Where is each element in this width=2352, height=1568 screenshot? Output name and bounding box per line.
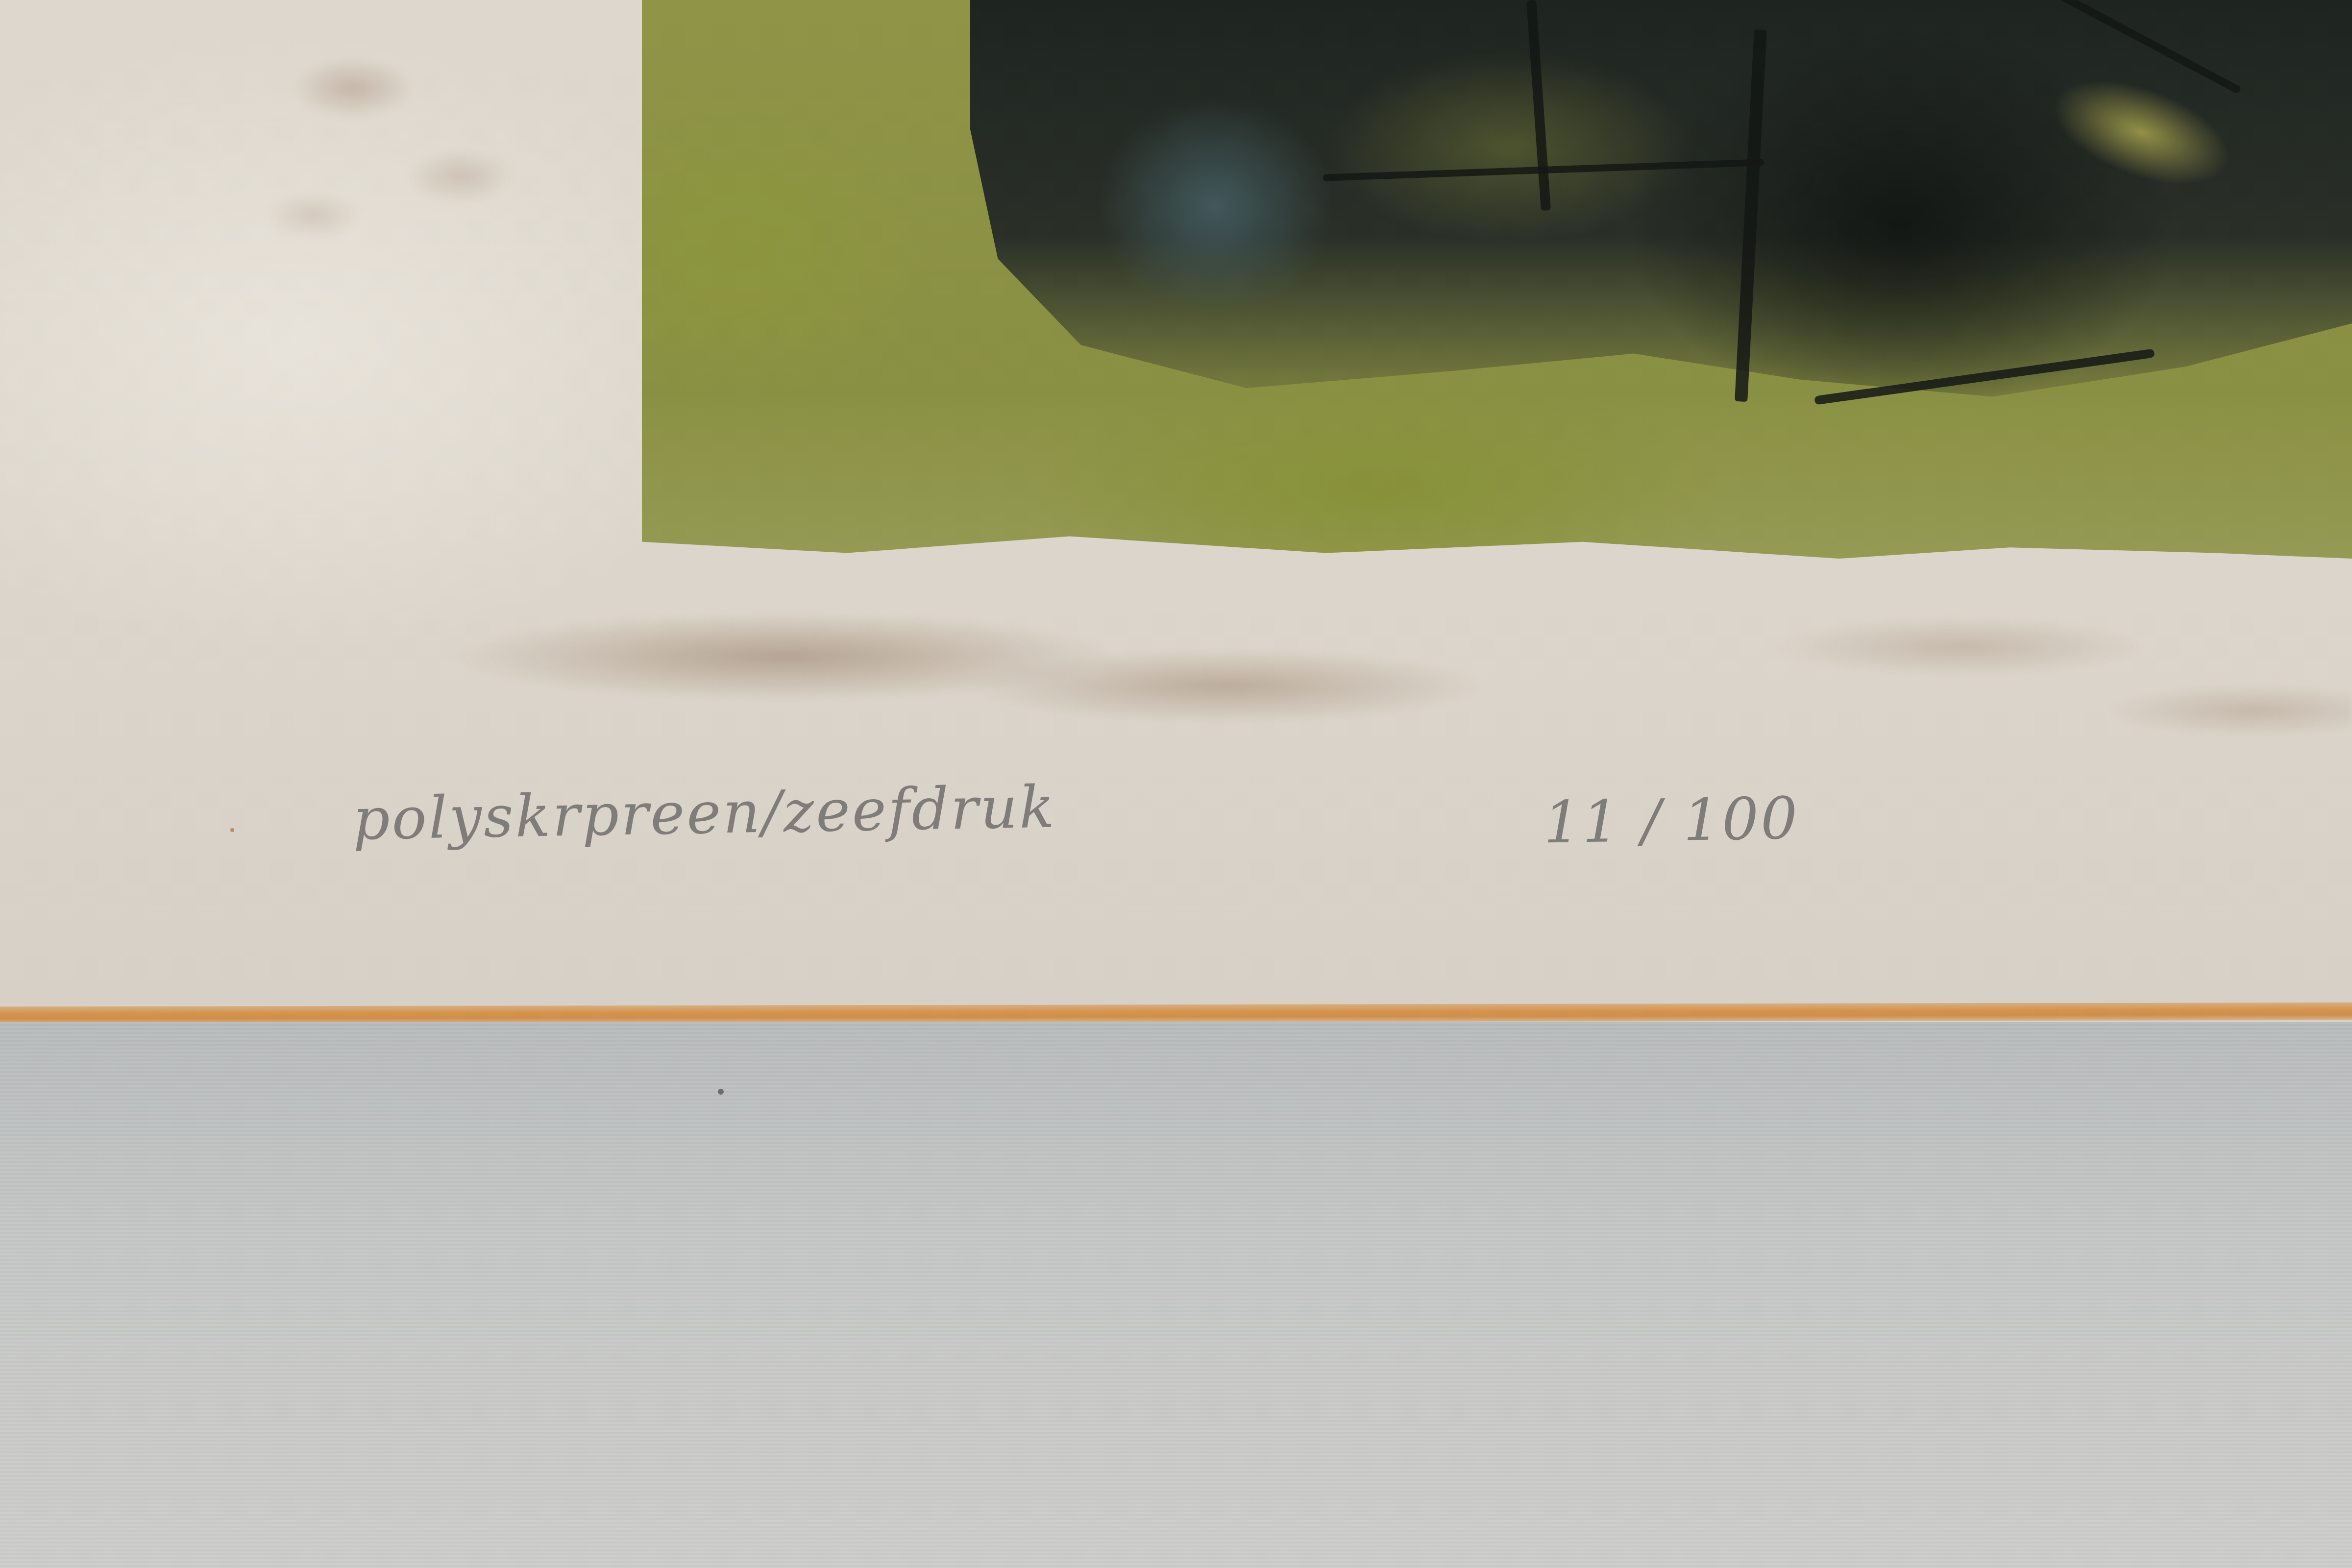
ink-residue-top-left: [255, 29, 598, 274]
mat-board: [0, 1022, 2352, 1568]
paper-speck: [230, 828, 234, 832]
ink-residue-bottom: [343, 539, 2352, 774]
dust-speck: [718, 1089, 724, 1095]
pencil-inscription-technique: polyskrpreen/zeefdruk: [352, 773, 1057, 853]
pencil-inscription-edition-number: 11 / 100: [1543, 784, 1800, 856]
mat-bevel-orange-line: [0, 1003, 2352, 1024]
artwork-photo: polyskrpreen/zeefdruk 11 / 100: [0, 0, 2352, 1568]
